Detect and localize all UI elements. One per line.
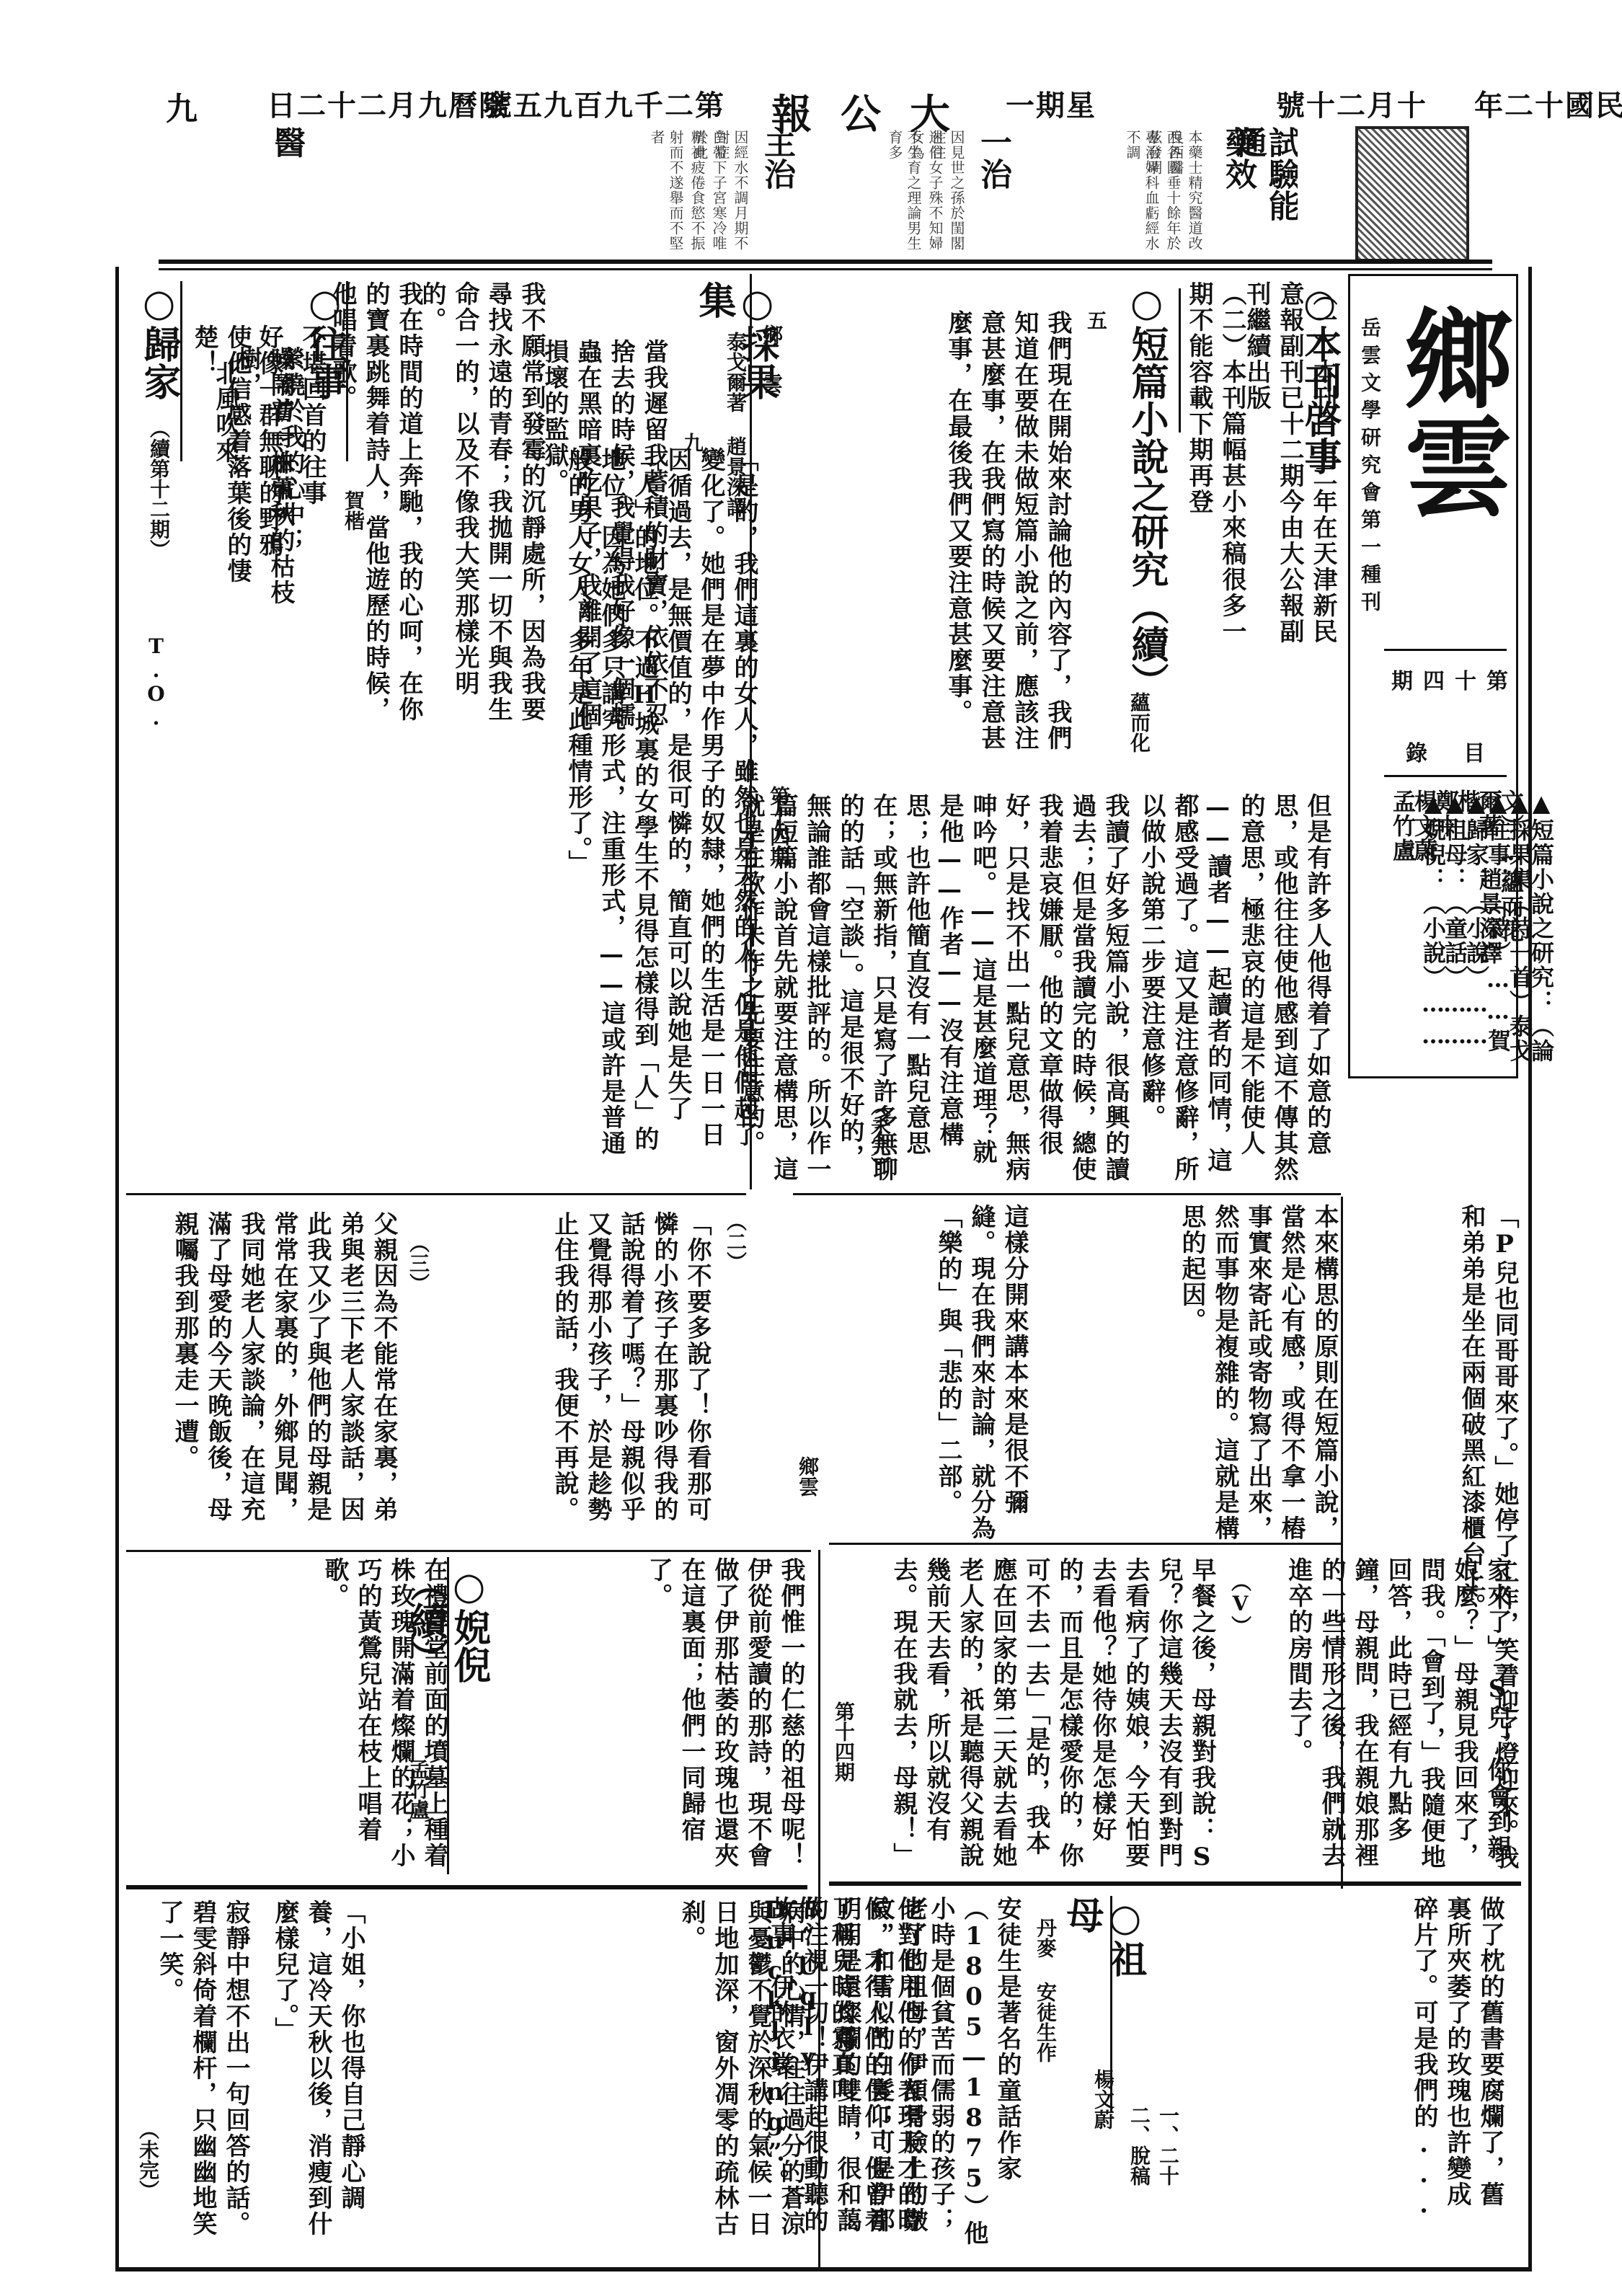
toc-item-nini[interactable]: ▲婗倪：（小說）……孟竹盧 (1388, 789, 1448, 1071)
supplement-issue: 第十四期 (1391, 663, 1518, 695)
returning-home-paragraph: 「你不要多說了！你看那可憐的小孩子在那裏吵得我的話說得着了嗎？」母親似乎又覺得那… (447, 1211, 714, 1528)
returning-home-title: ○歸家 (137, 281, 180, 411)
divider-rule (159, 260, 1492, 264)
supplement-logo: 鄉雲 (1391, 303, 1507, 606)
supplement-subtitle: 岳雲文學研究會第一種刊 (1355, 317, 1384, 634)
grandmother-paragraph: 老了的祖母，伊額骨臉上的皺紋，和雪似的白髮；可是伊那明明是還燦爛的雙睛，很和藹的… (851, 1896, 930, 2256)
toc-triangle-icon: ▲ (1419, 789, 1447, 818)
nini-author: 孟竹盧 (404, 1759, 433, 1845)
short-story-study-paragraph: 這樣分開來講本來是很不彌縫。現在我們來討論，就分為「樂的」與「悲的」二部。 (800, 1204, 1031, 1543)
issue-label: 第十四期 (764, 786, 793, 930)
weekday: 星期一 (1006, 83, 1096, 124)
divider-rule (829, 1881, 1521, 1886)
nini-paragraph: 病中的心情，往往過分的蒼涼與憂鬱不覺於深秋的氣候一日日地加深，窗外凋零的疏林古刹… (375, 1900, 807, 2260)
wavy-divider (1384, 649, 1507, 651)
grandmother-paragraph: 安徒生是著名的童話作家（1805—1875）他小時是個貧苦而儒弱的孩子；他對他用… (930, 1896, 1024, 2256)
returning-home-paragraph: 父親因為不能常在家裏，弟弟與老三下老人家談話，因此我又少了與他們的母親是常常在家… (126, 1211, 400, 1528)
divider-vertical (1179, 288, 1181, 433)
ad-title-secondary: 藥效 (1221, 126, 1254, 252)
ad-title-doctor: 醫 (270, 126, 303, 252)
issue-label: 第十四期 (829, 1701, 858, 1831)
grandmother-original-author: 丹麥 安徒生作 (1031, 1918, 1060, 2119)
short-story-study-title: ○短篇小說之研究（續） (1125, 281, 1168, 685)
ad-title-zhuzhi: 主治 (760, 126, 793, 252)
divider-rule (829, 1543, 1341, 1545)
ad-text: 射而不遂舉而不堅者 (647, 130, 685, 252)
notice-item-2: （二）本刊篇幅甚小來稿很多一期不能容載下期再登 (1182, 281, 1249, 656)
nini-title: ○婗倪（續） (404, 1564, 490, 1752)
divider-rule (126, 1550, 811, 1552)
advertisement-strip: 試驗能通 藥效 本藥士精究醫道改良西醫 西各國垂十餘年於茲發明 專治婦科血虧經水… (173, 126, 1298, 256)
solar-date: 十月二十號 (1276, 83, 1427, 124)
divider-rule (126, 1193, 746, 1195)
ad-text: 專治婦科血虧經水不調 (1123, 130, 1161, 252)
returning-home-paragraph: 「是的，我們這裏的女人，雖然也是天然的人，但是他們起了變化了。她們是在夢中作男子… (126, 447, 761, 1161)
short-story-study-paragraph: 我們現在開始來討論他的內容了，我們知道在要做未做短篇小說之前，應該注意甚麼事，在… (764, 310, 1074, 771)
status-to-be-continued: （未完） (865, 1096, 894, 1182)
section-mark: （三） (829, 2004, 858, 2069)
short-story-study-author: 蘊而化 (1125, 692, 1153, 779)
section-mark: （V） (1226, 1572, 1254, 1658)
grandmother-story-text: 在禮拜堂前面的墳墓上種着株玫瑰開滿着燦爛的花；小巧的黃鶯兒站在枝上唱着歌。 (126, 1557, 451, 1874)
year: 中華民國十二年 (1474, 83, 1622, 124)
notice-item-1: （一）本刊自十二年在天津新民意報副刊已十二期今由大公報副刊繼續出版 (1240, 281, 1339, 656)
ad-text: 精神疲倦食慾不振 (688, 130, 706, 252)
short-story-study-paragraph: 本來構思的原則在短篇小說，當然是心有感，或得不拿一樁事實來寄託或寄物寫了出來，然… (1038, 1204, 1341, 1543)
section-mark: 五 (1081, 310, 1110, 353)
nini-paragraph: 「小姐，你也得自己靜心調養，這冷天秋以後，消瘦到什麼樣兒了。」 (260, 1900, 368, 2260)
ad-text: 不生育之理論男生育多 (885, 130, 923, 252)
page-number: 九 (166, 83, 199, 129)
section-mark: （三） (404, 1233, 433, 1290)
grandmother-title: ○祖母 (1060, 1896, 1146, 2011)
toc-title: 目錄 (1406, 735, 1521, 767)
grandmother-author: 楊文蔚 (1089, 2069, 1117, 2141)
divider-rule (159, 268, 1492, 270)
running-head-label: 鄉雲 (793, 1456, 822, 1499)
toc-divider (1384, 775, 1507, 777)
page-border-bottom (115, 2267, 1532, 2271)
short-story-study-paragraph: 但是有許多人他得着了如意的意思，或他往往使他感到這不傳其然的意思，極悲哀的這是不… (1139, 793, 1334, 1182)
ad-ornament-image (1355, 126, 1469, 262)
divider-rule (126, 1885, 807, 1889)
grandmother-date: 一、二十二、脫稿 (1125, 2105, 1182, 2213)
page-border-left (115, 267, 119, 2271)
masthead: 九 陰曆九月二十二日 第二千九百九五號 大公報 星期一 十月二十號 中華民國十二… (166, 83, 1499, 126)
section-mark: （二） (721, 1211, 750, 1269)
issue-number: 第二千九百九五號 (483, 83, 725, 124)
grandmother-story-text: 我們惟一的仁慈的祖母呢！伊從前愛讀的那詩，現不會做了伊那枯萎的玫瑰也還夾在這裏面… (461, 1557, 807, 1874)
lunar-date: 陰曆九月二十二日 (267, 83, 509, 124)
nini-paragraph: 寂靜中想不出一句回答的話。碧雯斜倚着欄杆，只幽幽地笑了一笑。 (180, 1900, 252, 2260)
story-paragraph: 家來了」「S兒，你會到親娘麼？」母親見我回來了，問我。「會到了，」我隨便地回答，… (1254, 1557, 1514, 1874)
status-to-be-continued: （未完） (133, 2119, 162, 2220)
ad-title-cure: 一治 (976, 126, 1009, 252)
divider-rule (793, 1193, 1341, 1195)
page-border-right (1528, 267, 1532, 2271)
story-paragraph: 早餐之後，母親對我說：S兒？你這幾天去沒有到對門去看病了的姨娘，今天怕要去看他？… (894, 1557, 1218, 1874)
